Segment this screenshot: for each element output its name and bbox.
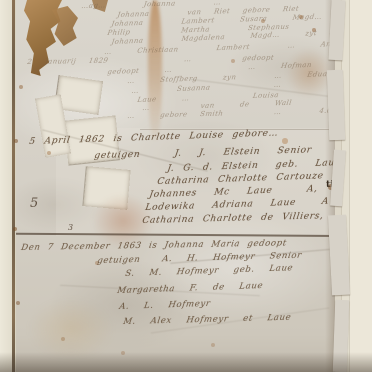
margin-numeral: 3 (68, 223, 73, 232)
manuscript-photo: …ag… Johanna … Johanna van Riet gebore R… (0, 0, 372, 372)
gutter-crease-line (12, 0, 15, 372)
margin-numeral: 5 (30, 196, 38, 211)
photo-bottom-shadow (0, 352, 372, 372)
ragged-edge-piece (327, 70, 345, 141)
stain-blob (28, 298, 114, 360)
rust-specks (0, 0, 2, 2)
